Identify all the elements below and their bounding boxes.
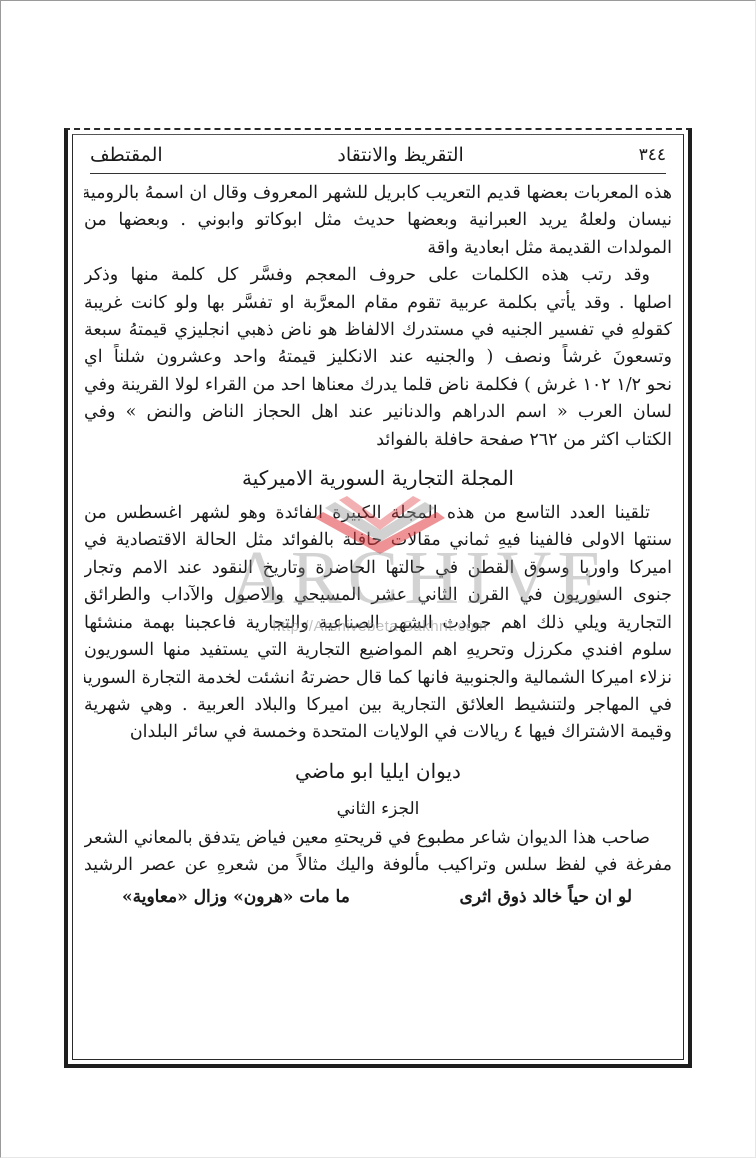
text-line: كقولهِ في تفسير الجنيه في مستدرك الالفاظ… [84,317,672,344]
text-line: وتسعونَ غرشاً ونصف ( والجنيه عند الانكلي… [84,344,672,371]
section-1-paragraph: تلقينا العدد التاسع من هذه المجلة الكبير… [84,500,672,747]
text-line: المولدات القديمة مثل ابعادية واقة [84,235,672,262]
poem-verse: لو ان حياً خالد ذوق اثرى ما مات «هرون» و… [84,880,672,914]
text-line: اصلها . وقد يأتي بكلمة عربية تقوم مقام ا… [84,290,672,317]
text-line: سلوم افندي مكرزل وتحريهِ اهم المواضيع ال… [84,637,672,664]
text-line: تلقينا العدد التاسع من هذه المجلة الكبير… [84,500,672,527]
section-2-paragraph: صاحب هذا الديوان شاعر مطبوع في قريحتهِ م… [84,825,672,880]
text-line: اميركا واوربا وسوق القطن في حالتها الحاض… [84,555,672,582]
text-line: وقيمة الاشتراك فيها ٤ ريالات في الولايات… [84,719,672,746]
journal-name: المقتطف [90,144,163,166]
section-title-diwan-elia-abu-madi: ديوان ايليا ابو ماضي [84,751,672,791]
text-line: مفرغة في لفظ سلس وتراكيب مألوفة واليك مث… [84,852,672,879]
text-line: لسان العرب « اسم الدراهم والدنانير عند ا… [84,399,672,426]
text-line: نيسان ولعلهُ يريد العبرانية وبعضها حديث … [84,207,672,234]
subsection-title-part-two: الجزء الثاني [84,793,672,825]
text-line: في المهاجر ولتنشيط العلائق التجارية بين … [84,692,672,719]
section-title-syrian-american-commercial-journal: المجلة التجارية السورية الاميركية [84,458,672,498]
text-line: وقد رتب هذه الكلمات على حروف المعجم وفسَ… [84,262,672,289]
paragraph-1: هذه المعربات بعضها قديم التعريب كابريل ل… [84,180,672,262]
verse-second-hemistich: ما مات «هرون» وزال «معاوية» [122,880,350,914]
verse-first-hemistich: لو ان حياً خالد ذوق اثرى [460,880,632,914]
text-line: جنوى السوريون في القرن الثاني عشر المسيح… [84,582,672,609]
article-body: هذه المعربات بعضها قديم التعريب كابريل ل… [84,180,672,914]
section-heading: التقريظ والانتقاد [337,144,463,166]
text-line: نحو ١/٢ ١٠٢ غرش ) فكلمة ناض قلما يدرك مع… [84,372,672,399]
paragraph-2: وقد رتب هذه الكلمات على حروف المعجم وفسَ… [84,262,672,454]
text-line: سنتها الاولى فالفينا فيهِ ثماني مقالات ح… [84,527,672,554]
text-line: هذه المعربات بعضها قديم التعريب كابريل ل… [84,180,672,207]
header-rule [90,173,666,174]
page-frame: ٣٤٤ التقريظ والانتقاد المقتطف هذه المعرب… [64,128,692,1068]
running-head: ٣٤٤ التقريظ والانتقاد المقتطف [90,140,666,170]
text-line: نزلاء اميركا الشمالية والجنوبية فانها كم… [84,665,672,692]
text-line: التجارية ويلي ذلك اهم حوادث الشهر الصناع… [84,610,672,637]
text-line: الكتاب اكثر من ٢٦٢ صفحة حافلة بالفوائد [84,427,672,454]
text-line: صاحب هذا الديوان شاعر مطبوع في قريحتهِ م… [84,825,672,852]
page-number: ٣٤٤ [639,145,666,165]
